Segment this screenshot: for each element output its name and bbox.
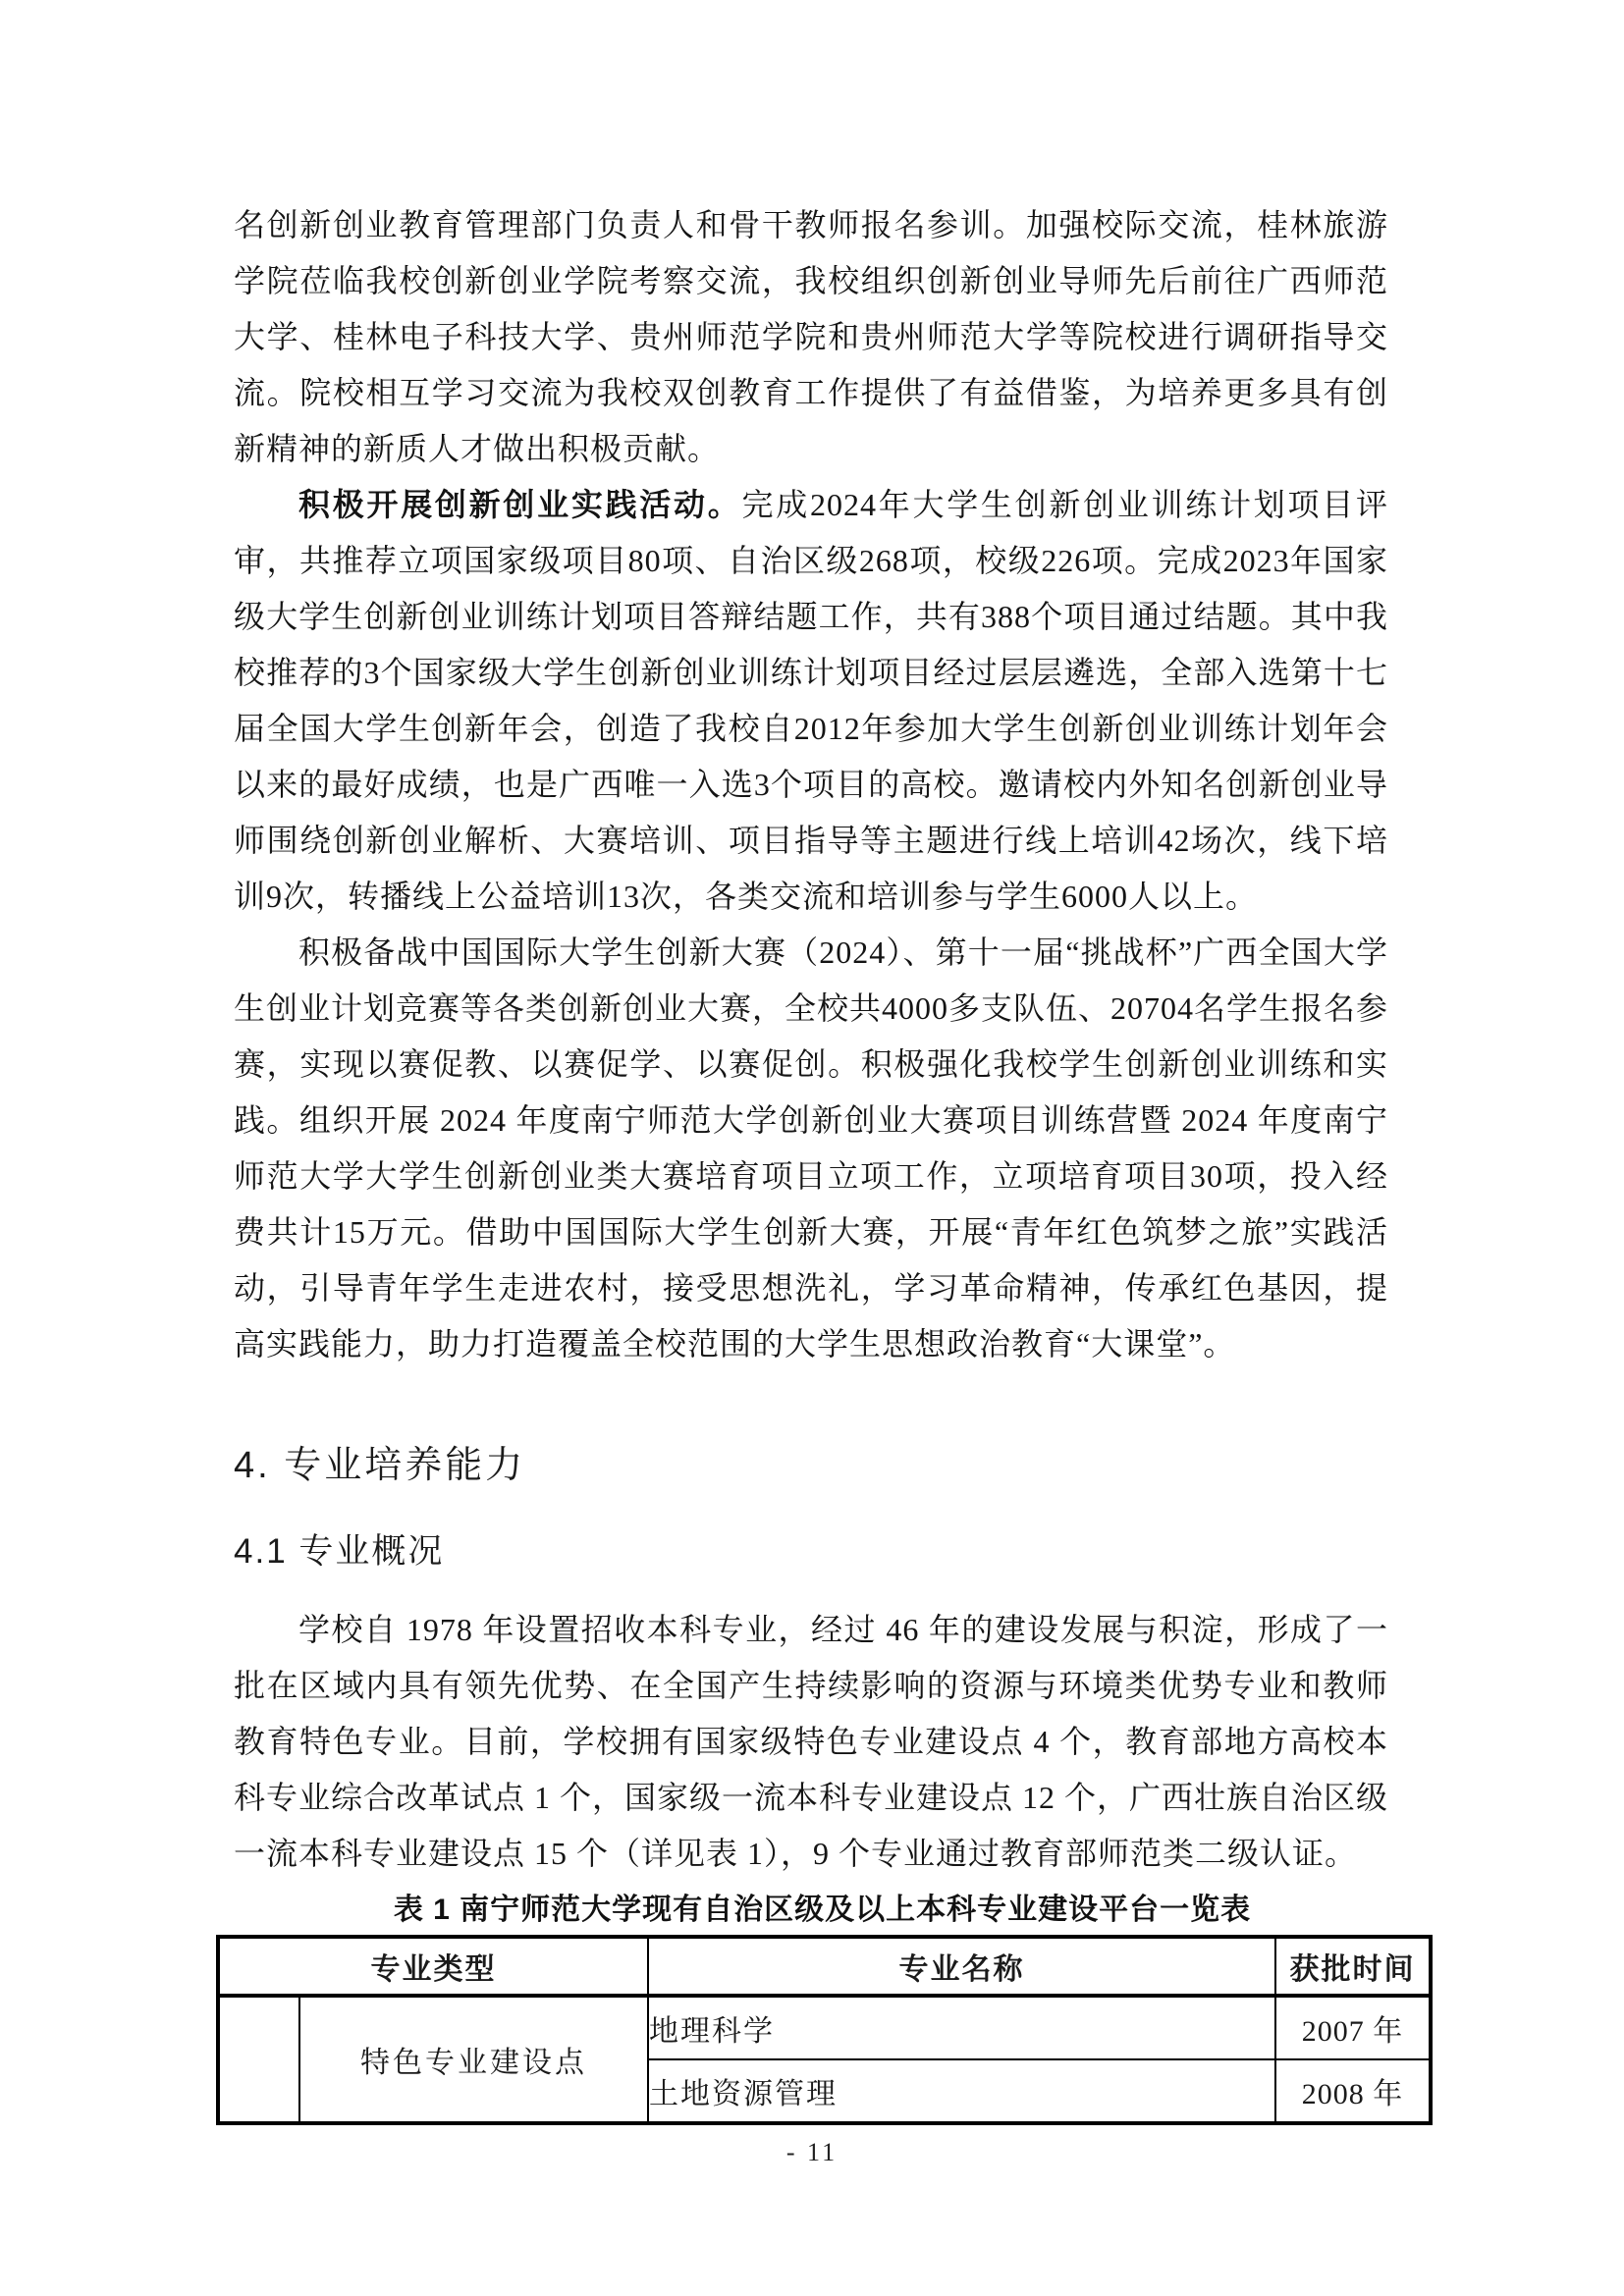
page-content: 名创新创业教育管理部门负责人和骨干教师报名参训。加强校际交流，桂林旅游学院莅临我… <box>234 0 1388 2125</box>
paragraph-text: 完成2024年大学生创新创业训练计划项目评审，共推荐立项国家级项目80项、自治区… <box>234 487 1388 914</box>
table-body: 特色专业建设点 地理科学 2007 年 土地资源管理 2008 年 <box>218 1996 1431 2123</box>
paragraph-bold-lead: 积极开展创新创业实践活动。 <box>298 487 742 522</box>
major-name-cell: 土地资源管理 <box>648 2059 1275 2123</box>
category-cell: 特色专业建设点 <box>299 1996 648 2123</box>
header-major-type: 专业类型 <box>218 1937 648 1996</box>
page-number: - 11 <box>0 2138 1624 2167</box>
paragraph-major-overview: 学校自 1978 年设置招收本科专业，经过 46 年的建设发展与积淀，形成了一批… <box>234 1602 1388 1882</box>
document-page: 名创新创业教育管理部门负责人和骨干教师报名参训。加强校际交流，桂林旅游学院莅临我… <box>0 0 1624 2296</box>
paragraph-continuation: 名创新创业教育管理部门负责人和骨干教师报名参训。加强校际交流，桂林旅游学院莅临我… <box>234 197 1388 477</box>
approval-year-cell: 2008 年 <box>1275 2059 1431 2123</box>
table-caption: 表 1 南宁师范大学现有自治区级及以上本科专业建设平台一览表 <box>216 1892 1429 1929</box>
table-header-row: 专业类型 专业名称 获批时间 <box>218 1937 1431 1996</box>
header-approval-time: 获批时间 <box>1275 1937 1431 1996</box>
header-major-name: 专业名称 <box>648 1937 1275 1996</box>
paragraph-text: 名创新创业教育管理部门负责人和骨干教师报名参训。加强校际交流，桂林旅游学院莅临我… <box>234 207 1388 466</box>
table-header: 专业类型 专业名称 获批时间 <box>218 1937 1431 1996</box>
section-heading-4: 4. 专业培养能力 <box>234 1441 1388 1490</box>
major-name-cell: 地理科学 <box>648 1996 1275 2059</box>
group-level-cell <box>218 1996 299 2123</box>
paragraph-practice-activities: 积极开展创新创业实践活动。完成2024年大学生创新创业训练计划项目评审，共推荐立… <box>234 477 1388 925</box>
approval-year-cell: 2007 年 <box>1275 1996 1431 2059</box>
paragraph-competitions: 积极备战中国国际大学生创新大赛（2024）、第十一届“挑战杯”广西全国大学生创业… <box>234 925 1388 1372</box>
major-platform-table: 专业类型 专业名称 获批时间 特色专业建设点 地理科学 2007 年 土地资源管… <box>216 1935 1433 2125</box>
paragraph-text: 积极备战中国国际大学生创新大赛（2024）、第十一届“挑战杯”广西全国大学生创业… <box>234 934 1388 1362</box>
subsection-heading-4-1: 4.1 专业概况 <box>234 1529 1388 1575</box>
table-row: 特色专业建设点 地理科学 2007 年 <box>218 1996 1431 2059</box>
